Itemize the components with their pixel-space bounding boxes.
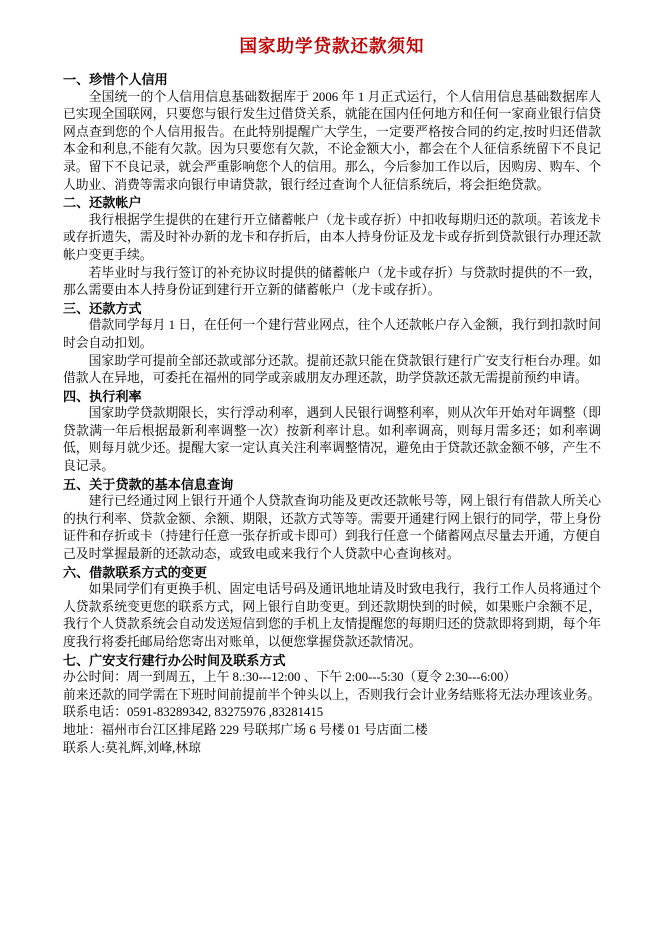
- section-line: 前来还款的同学需在下班时间前提前半个钟头以上，否则我行会计业务结账将无法办理该业…: [63, 687, 601, 705]
- document-section: 五、关于贷款的基本信息查询 建行已经通过网上银行开通个人贷款查询功能及更改还款帐…: [63, 476, 601, 564]
- section-heading: 四、执行利率: [63, 388, 601, 406]
- section-line: 办公时间：周一到周五，上午 8.:30---12:00 、下午 2:00---5…: [63, 669, 601, 687]
- section-heading: 六、借款联系方式的变更: [63, 564, 601, 582]
- document-page: 国家助学贷款还款须知 一、珍惜个人信用 全国统一的个人信用信息基础数据库于 20…: [0, 0, 662, 936]
- section-heading: 一、珍惜个人信用: [63, 71, 601, 89]
- section-paragraph: 若毕业时与我行签订的补充协议时提供的储蓄帐户（龙卡或存折）与贷款时提供的不一致，…: [63, 265, 601, 300]
- document-section: 三、还款方式 借款同学每月 1 日，在任何一个建行营业网点，往个人还款帐户存入金…: [63, 300, 601, 388]
- section-paragraph: 国家助学可提前全部还款或部分还款。提前还款只能在贷款银行建行广安支行柜台办理。如…: [63, 353, 601, 388]
- section-line: 联系人:莫礼辉,刘峰,林琼: [63, 740, 601, 758]
- section-heading: 五、关于贷款的基本信息查询: [63, 476, 601, 494]
- document-section: 二、还款帐户 我行根据学生提供的在建行开立储蓄帐户（龙卡或存折）中扣收每期归还的…: [63, 194, 601, 300]
- document-section: 六、借款联系方式的变更 如果同学们有更换手机、固定电话号码及通讯地址请及时致电我…: [63, 564, 601, 652]
- section-paragraph: 我行根据学生提供的在建行开立储蓄帐户（龙卡或存折）中扣收每期归还的款项。若该龙卡…: [63, 212, 601, 265]
- section-paragraph: 国家助学贷款期限长，实行浮动利率，遇到人民银行调整利率，则从次年开始对年调整（即…: [63, 405, 601, 475]
- section-line: 地址：福州市台江区排尾路 229 号联邦广场 6 号楼 01 号店面二楼: [63, 722, 601, 740]
- section-heading: 三、还款方式: [63, 300, 601, 318]
- document-section: 四、执行利率 国家助学贷款期限长，实行浮动利率，遇到人民银行调整利率，则从次年开…: [63, 388, 601, 476]
- section-paragraph: 建行已经通过网上银行开通个人贷款查询功能及更改还款帐号等，网上银行有借款人所关心…: [63, 493, 601, 563]
- document-section: 一、珍惜个人信用 全国统一的个人信用信息基础数据库于 2006 年 1 月正式运…: [63, 71, 601, 194]
- document-title: 国家助学贷款还款须知: [63, 34, 601, 58]
- section-paragraph: 全国统一的个人信用信息基础数据库于 2006 年 1 月正式运行，个人信用信息基…: [63, 89, 601, 195]
- section-paragraph: 如果同学们有更换手机、固定电话号码及通讯地址请及时致电我行，我行工作人员将通过个…: [63, 581, 601, 651]
- section-heading: 二、还款帐户: [63, 194, 601, 212]
- document-body: 一、珍惜个人信用 全国统一的个人信用信息基础数据库于 2006 年 1 月正式运…: [63, 71, 601, 757]
- section-line: 联系电话：0591-83289342, 83275976 ,83281415: [63, 704, 601, 722]
- section-heading: 七、广安支行建行办公时间及联系方式: [63, 652, 601, 670]
- section-paragraph: 借款同学每月 1 日，在任何一个建行营业网点，往个人还款帐户存入金额，我行到扣款…: [63, 317, 601, 352]
- document-section: 七、广安支行建行办公时间及联系方式 办公时间：周一到周五，上午 8.:30---…: [63, 652, 601, 758]
